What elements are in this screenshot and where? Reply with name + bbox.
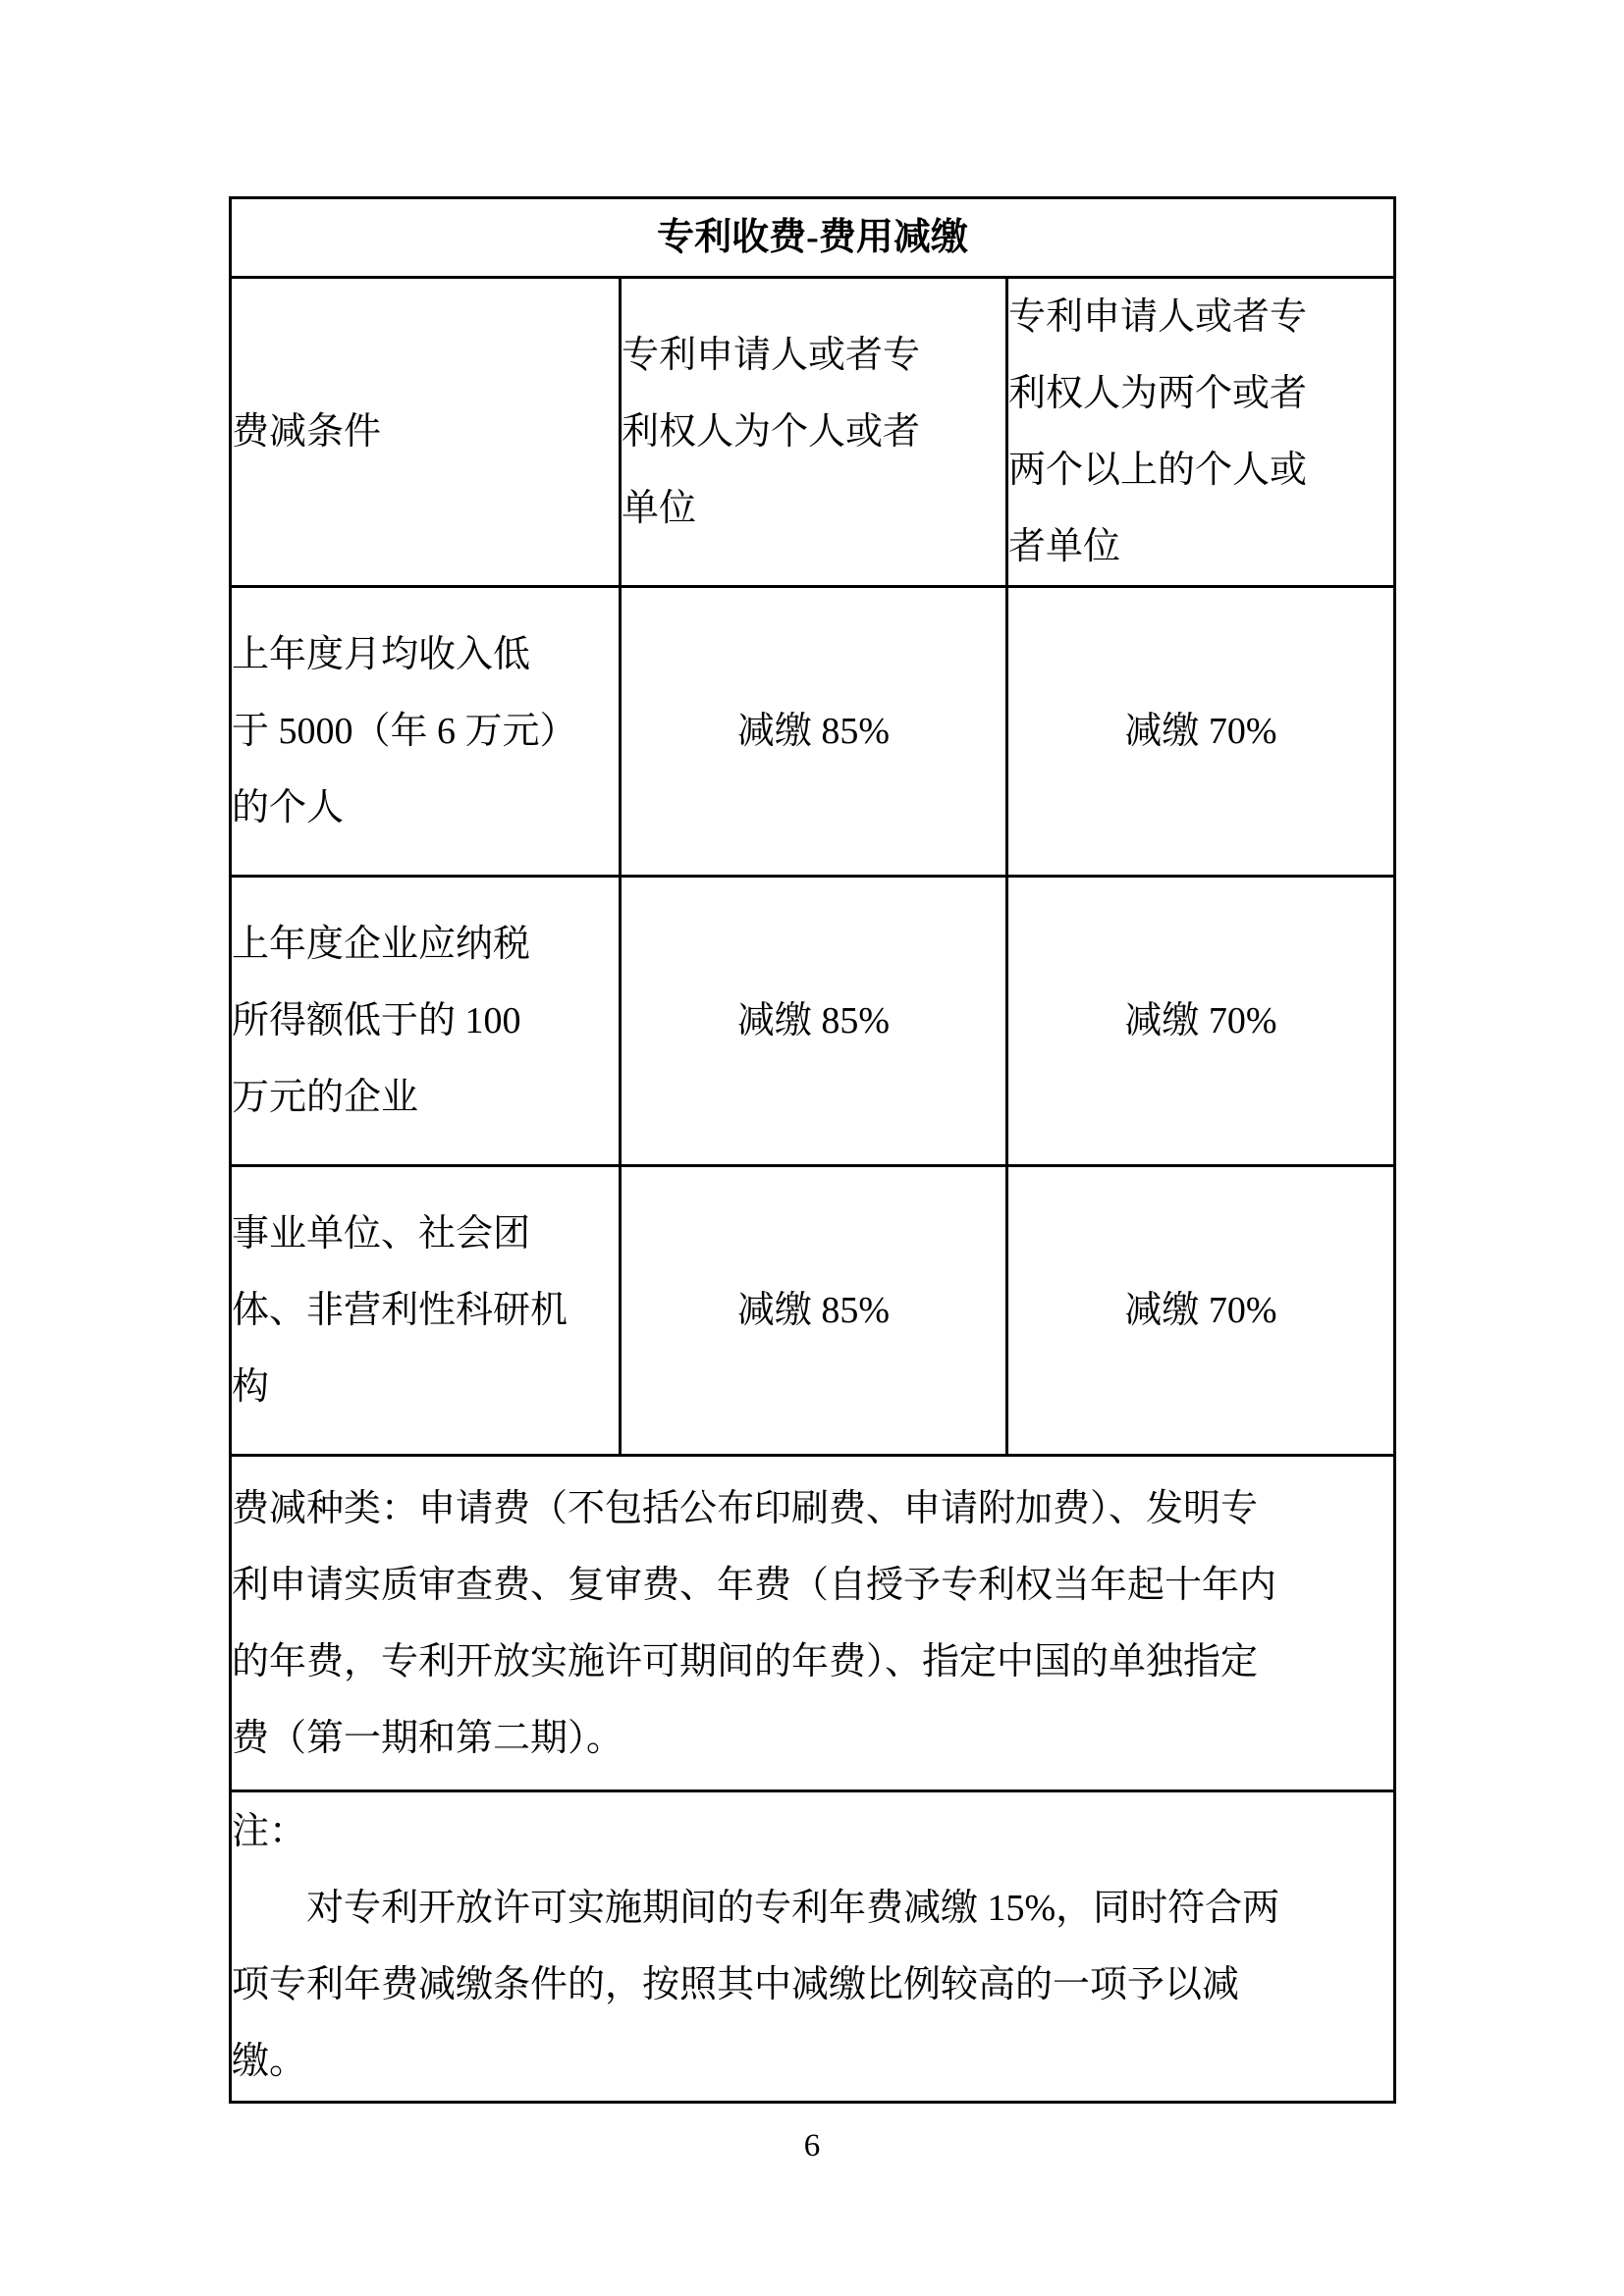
table-row-low-income-individual: 上年度月均收入低 于 5000（年 6 万元） 的个人 减缴 85% 减缴 70… xyxy=(231,587,1395,877)
row-condition: 事业单位、社会团 体、非营利性科研机 构 xyxy=(231,1166,621,1456)
table-header-row: 费减条件 专利申请人或者专 利权人为个人或者 单位 专利申请人或者专 利权人为两… xyxy=(231,278,1395,587)
header-single-applicant: 专利申请人或者专 利权人为个人或者 单位 xyxy=(621,278,1007,587)
row-single-rate: 减缴 85% xyxy=(621,1166,1007,1456)
row-multiple-rate: 减缴 70% xyxy=(1007,587,1395,877)
row-multiple-rate: 减缴 70% xyxy=(1007,877,1395,1166)
row-condition: 上年度月均收入低 于 5000（年 6 万元） 的个人 xyxy=(231,587,621,877)
table-row-low-taxable-enterprise: 上年度企业应纳税 所得额低于的 100 万元的企业 减缴 85% 减缴 70% xyxy=(231,877,1395,1166)
note-cell: 注： 对专利开放许可实施期间的专利年费减缴 15%，同时符合两 项专利年费减缴条… xyxy=(231,1791,1395,2103)
table-title: 专利收费-费用减缴 xyxy=(231,198,1395,278)
fee-types-text: 费减种类：申请费（不包括公布印刷费、申请附加费）、发明专 利申请实质审查费、复审… xyxy=(231,1456,1395,1791)
table-title-row: 专利收费-费用减缴 xyxy=(231,198,1395,278)
row-multiple-rate: 减缴 70% xyxy=(1007,1166,1395,1456)
fee-reduction-table: 专利收费-费用减缴 费减条件 专利申请人或者专 利权人为个人或者 单位 专利申请… xyxy=(229,196,1396,2104)
table-row-institutions-nonprofits: 事业单位、社会团 体、非营利性科研机 构 减缴 85% 减缴 70% xyxy=(231,1166,1395,1456)
header-multiple-applicants: 专利申请人或者专 利权人为两个或者 两个以上的个人或 者单位 xyxy=(1007,278,1395,587)
page-number: 6 xyxy=(0,2122,1624,2169)
note-body-text: 对专利开放许可实施期间的专利年费减缴 15%，同时符合两 项专利年费减缴条件的，… xyxy=(232,1870,1393,2100)
row-condition: 上年度企业应纳税 所得额低于的 100 万元的企业 xyxy=(231,877,621,1166)
note-row: 注： 对专利开放许可实施期间的专利年费减缴 15%，同时符合两 项专利年费减缴条… xyxy=(231,1791,1395,2103)
row-single-rate: 减缴 85% xyxy=(621,877,1007,1166)
note-label: 注： xyxy=(232,1793,1393,1870)
header-condition: 费减条件 xyxy=(231,278,621,587)
row-single-rate: 减缴 85% xyxy=(621,587,1007,877)
document-page: 专利收费-费用减缴 费减条件 专利申请人或者专 利权人为个人或者 单位 专利申请… xyxy=(0,0,1624,2296)
fee-types-row: 费减种类：申请费（不包括公布印刷费、申请附加费）、发明专 利申请实质审查费、复审… xyxy=(231,1456,1395,1791)
